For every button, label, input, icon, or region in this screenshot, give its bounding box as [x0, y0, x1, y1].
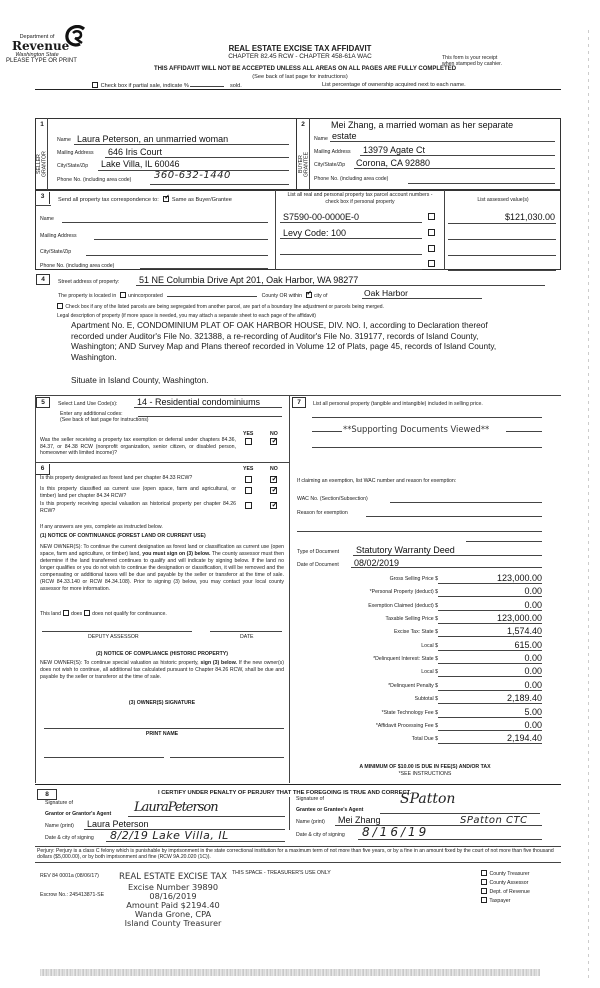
parcel-account[interactable]: S7590-00-0000E-0 — [283, 212, 359, 222]
yes-header-6: YES — [243, 466, 253, 473]
grantor-name[interactable]: Laura Peterson — [87, 819, 149, 829]
assessed-value[interactable]: $121,030.00 — [450, 212, 555, 222]
copy-label: Dept. of Revenue — [489, 889, 529, 895]
divider — [438, 690, 542, 691]
buyer-name-label: Name — [314, 136, 328, 143]
question-no-checkbox[interactable] — [270, 502, 277, 509]
deputy-assessor-signature-line — [42, 631, 192, 632]
no-header-6: NO — [270, 466, 278, 473]
divider — [438, 596, 542, 597]
divider — [35, 205, 51, 206]
divider — [312, 431, 342, 432]
divider — [438, 623, 542, 624]
section-1-number: 1 — [37, 120, 47, 131]
page-edge — [588, 30, 589, 980]
section-6-question: Is this property classified as current u… — [40, 486, 236, 499]
copy-item: Taxpayer — [481, 897, 530, 905]
notice-compliance-title: (2) NOTICE OF COMPLIANCE (HISTORIC PROPE… — [40, 651, 284, 658]
divider — [35, 862, 561, 863]
unincorporated-checkbox[interactable] — [120, 292, 126, 298]
divider — [438, 610, 542, 611]
correspondence-phone-label: Phone No. (including area code) — [40, 263, 114, 270]
amount-value[interactable]: 2,189.40 — [442, 693, 542, 703]
notice-text-b: The county assessor must then determine … — [40, 551, 284, 592]
copy-item: County Treasurer — [481, 870, 530, 878]
section-8-number: 8 — [37, 789, 57, 800]
divider — [44, 757, 164, 758]
copy-item: Dept. of Revenue — [481, 888, 530, 896]
divider — [408, 183, 555, 184]
amount-value[interactable]: 2,194.40 — [442, 733, 542, 743]
if-yes-note: If any answers are yes, complete as inst… — [40, 524, 163, 531]
land-use-label: Select Land Use Code(s): — [58, 401, 117, 408]
section-6-question: Is this property designated as forest la… — [40, 475, 236, 482]
notice2-bold: sign (3) below. — [200, 660, 237, 666]
grantee-sig-label-1: Signature of — [296, 796, 324, 803]
divider — [438, 676, 542, 677]
divider — [134, 407, 282, 408]
escrow-label: Escrow No.: — [40, 892, 68, 898]
yes-header: YES — [243, 431, 253, 438]
form-title: REAL ESTATE EXCISE TAX AFFIDAVIT — [180, 44, 420, 53]
divider — [94, 239, 268, 240]
divider — [74, 144, 289, 145]
copy-checkbox[interactable] — [481, 897, 487, 903]
divider — [351, 567, 542, 568]
additional-codes-note: (See back of last page for instructions) — [60, 417, 149, 424]
exemption-claim-label: If claiming an exemption, list WAC numbe… — [297, 478, 456, 485]
amount-value[interactable]: 0.00 — [442, 666, 542, 676]
divider — [170, 757, 284, 758]
divider — [438, 730, 542, 731]
copy-distribution: County Treasurer County Assessor Dept. o… — [481, 870, 530, 906]
divider — [275, 190, 276, 270]
personal-property-checkbox[interactable] — [428, 260, 435, 267]
section-3-number: 3 — [36, 192, 50, 204]
divider — [297, 531, 542, 532]
treasurer-stamp: REAL ESTATE EXCISE TAX Excise Number 398… — [108, 873, 238, 929]
does-label: does — [71, 611, 82, 617]
segregated-row: Check box if any of the listed parcels a… — [57, 303, 384, 310]
notice-bold: you must sign on (3) below. — [142, 551, 210, 557]
amount-value[interactable]: 1,574.40 — [442, 626, 542, 636]
revenue-wordmark: Revenue — [12, 41, 62, 52]
divider — [438, 583, 542, 584]
amount-label: *Delinquent Penalty $ — [300, 683, 438, 690]
personal-property-checkbox[interactable] — [428, 213, 435, 220]
amount-label: Local $ — [300, 669, 438, 676]
amount-value[interactable]: 0.00 — [442, 586, 542, 596]
grantor-date-label: Date & city of signing — [45, 835, 94, 842]
county-or-within: County OR within — [262, 293, 302, 299]
wac-label: WAC No. (Section/Subsection) — [297, 496, 368, 503]
divider — [390, 502, 542, 503]
grantor-sig-label-1: Signature of — [45, 800, 73, 807]
divider — [366, 516, 542, 517]
city-of-label: city of — [314, 293, 328, 299]
notice2-text-a: NEW OWNER(S): To continue special valuat… — [40, 660, 199, 666]
this-land-label: This land — [40, 611, 61, 617]
divider — [466, 541, 542, 542]
partial-sale-pct[interactable] — [190, 86, 224, 87]
divider — [138, 416, 282, 417]
land-use-code[interactable]: 14 - Residential condominiums — [137, 397, 260, 407]
divider — [354, 168, 555, 169]
divider — [448, 239, 556, 240]
personal-property-checkbox[interactable] — [428, 245, 435, 252]
divider — [380, 813, 540, 814]
divider — [438, 703, 542, 704]
divider — [150, 184, 289, 185]
amount-label: Exemption Claimed (deduct) $ — [300, 603, 438, 610]
amount-label: *Personal Property (deduct) $ — [300, 589, 438, 596]
divider — [280, 254, 422, 255]
amount-label: *Delinquent Interest: State $ — [300, 656, 438, 663]
buyer-city-label: City/State/Zip — [314, 162, 345, 169]
same-as-buyer-checkbox[interactable] — [163, 196, 169, 202]
segregated-label: Check box if any of the listed parcels a… — [65, 304, 384, 310]
amount-value[interactable]: 123,000.00 — [442, 613, 542, 623]
divider — [106, 841, 285, 842]
see-instructions: *SEE INSTRUCTIONS — [290, 771, 560, 778]
send-correspondence-label: Send all property tax correspondence to: — [58, 197, 159, 203]
scan-artifact — [40, 969, 540, 976]
parcel-header: List all real and personal property tax … — [283, 192, 437, 205]
copy-item: County Assessor — [481, 879, 530, 887]
copy-label: County Assessor — [489, 880, 528, 886]
treasurer-use-label: THIS SPACE - TREASURER'S USE ONLY — [232, 870, 331, 877]
seller-city-label: City/State/Zip — [57, 163, 88, 170]
divider — [105, 157, 289, 158]
question-yes-checkbox[interactable] — [245, 476, 252, 483]
buyer-phone-label: Phone No. (including area code) — [314, 176, 388, 183]
assessed-header: List assessed value(s) — [450, 197, 556, 204]
doc-type[interactable]: Statutory Warranty Deed — [356, 545, 455, 555]
stamp-line: Island County Treasurer — [108, 919, 238, 928]
buyer-grantee-label: BUYER GRANTEE — [299, 146, 308, 182]
amount-value[interactable]: 615.00 — [442, 640, 542, 650]
seller-name-label: Name — [57, 137, 71, 144]
does-not-label: does not qualify for continuance. — [92, 611, 167, 617]
divider — [62, 222, 268, 223]
section-2-number: 2 — [297, 120, 309, 131]
amount-label: Subtotal $ — [300, 696, 438, 703]
divider — [438, 650, 542, 651]
exemption-question: Was the seller receiving a property tax … — [40, 437, 236, 457]
personal-property-label: List all personal property (tangible and… — [313, 401, 483, 408]
divider — [312, 417, 542, 418]
grantor-signature[interactable]: LauraPeterson — [134, 800, 218, 815]
divider — [280, 238, 422, 239]
ownership-note: List percentage of ownership acquired ne… — [322, 82, 466, 89]
divider — [35, 89, 561, 90]
owner-signature-title: (3) OWNER(S) SIGNATURE — [40, 700, 284, 707]
correspondence-address-label: Mailing Address — [40, 233, 77, 240]
deputy-assessor-label: DEPUTY ASSESSOR — [88, 634, 139, 641]
unincorporated-label: unincorporated — [128, 293, 163, 299]
does-not-qualify-checkbox[interactable] — [84, 610, 90, 616]
section-6-question: Is this property receiving special valua… — [40, 501, 236, 514]
correspondence-city-label: City/State/Zip — [40, 249, 71, 256]
city-checkbox[interactable] — [306, 292, 312, 298]
notice-compliance-text: NEW OWNER(S): To continue special valuat… — [40, 660, 284, 681]
divider — [353, 555, 542, 556]
seller-phone-label: Phone No. (including area code) — [57, 177, 131, 184]
divider — [506, 431, 542, 432]
exemption-yes-checkbox[interactable] — [245, 438, 252, 445]
divider — [360, 155, 555, 156]
divider — [448, 270, 556, 271]
section-6-number: 6 — [36, 464, 50, 475]
seller-phone[interactable]: 360-632-1440 — [154, 170, 231, 181]
see-back-note: (See back of last page for instructions) — [150, 74, 450, 81]
divider — [448, 223, 556, 224]
amount-value[interactable]: 0.00 — [442, 600, 542, 610]
grantor-name-label: Name (print) — [45, 823, 74, 830]
send-correspondence: Send all property tax correspondence to:… — [58, 196, 232, 204]
seller-city[interactable]: Lake Villa, IL 60046 — [101, 159, 180, 169]
legal-description-label: Legal description of property (if more s… — [57, 313, 316, 319]
divider — [438, 743, 542, 744]
street-address[interactable]: 51 NE Columbia Drive Apt 201, Oak Harbor… — [139, 275, 358, 285]
divider — [140, 268, 268, 269]
seller-grantor-label: SELLER GRANTOR — [37, 146, 46, 182]
divider — [444, 190, 445, 270]
date-label: DATE — [240, 634, 253, 641]
question-no-checkbox[interactable] — [270, 476, 277, 483]
divider — [438, 636, 542, 637]
escrow-row: Escrow No.: 245413871-SE — [40, 892, 104, 899]
divider — [136, 285, 545, 286]
divider — [35, 846, 561, 847]
amount-label: Excise Tax: State $ — [300, 629, 438, 636]
dor-logo: Department of Revenue Washington State — [12, 34, 62, 59]
divider — [128, 816, 285, 817]
buyer-name-line1[interactable]: Mei Zhang, a married woman as her separa… — [331, 120, 513, 130]
divider — [438, 663, 542, 664]
warning-banner: THIS AFFIDAVIT WILL NOT BE ACCEPTED UNLE… — [60, 66, 550, 72]
divider — [362, 298, 482, 299]
divider — [35, 784, 561, 785]
form-revision: REV 84 0001a (08/06/17) — [40, 873, 99, 880]
parcel-account[interactable]: Levy Code: 100 — [283, 228, 346, 238]
personal-property-checkbox[interactable] — [428, 229, 435, 236]
amount-label: Taxable Selling Price $ — [300, 616, 438, 623]
question-yes-checkbox[interactable] — [245, 487, 252, 494]
segregated-checkbox[interactable] — [57, 303, 63, 309]
partial-sale-checkbox[interactable] — [92, 82, 98, 88]
amount-label: Local $ — [300, 643, 438, 650]
notice-continuance-text: NEW OWNER(S): To continue the current de… — [40, 544, 284, 593]
buyer-name-line2[interactable]: estate — [332, 131, 357, 141]
same-as-buyer-label: Same as Buyer/Grantee — [172, 197, 232, 203]
located-row: The property is located in unincorporate… — [58, 292, 328, 300]
escrow-number: 245413871-SE — [69, 892, 104, 898]
question-no-checkbox[interactable] — [270, 487, 277, 494]
copy-checkbox[interactable] — [481, 879, 487, 885]
seller-address-label: Mailing Address — [57, 150, 94, 157]
street-address-label: Street address of property: — [58, 279, 119, 286]
amount-value[interactable]: 0.00 — [442, 720, 542, 730]
amount-label: Total Due $ — [300, 736, 438, 743]
grantee-name[interactable]: Mei Zhang — [338, 815, 381, 825]
divider — [86, 255, 268, 256]
buyer-address[interactable]: 13979 Agate Ct — [363, 145, 425, 155]
grantee-date-city[interactable]: 8/16/19 — [362, 825, 429, 839]
divider — [358, 839, 542, 840]
amount-value[interactable]: 0.00 — [442, 680, 542, 690]
grantee-sig-label-2: Grantee or Grantee's Agent — [296, 807, 363, 814]
question-yes-checkbox[interactable] — [245, 502, 252, 509]
divider — [330, 141, 555, 142]
does-qualify-checkbox[interactable] — [63, 610, 69, 616]
section-4-number: 4 — [36, 274, 50, 285]
copy-checkbox[interactable] — [481, 870, 487, 876]
section-5-number: 5 — [36, 397, 50, 408]
copy-label: Taxpayer — [489, 898, 510, 904]
divider — [35, 395, 36, 783]
grantee-name-label: Name (print) — [296, 819, 325, 826]
minimum-note: A MINIMUM OF $10.00 IS DUE IN FEE(S) AND… — [290, 764, 560, 771]
correspondence-name-label: Name — [40, 216, 54, 223]
amount-value[interactable]: 5.00 — [442, 707, 542, 717]
amount-value[interactable]: 0.00 — [442, 653, 542, 663]
date-signature-line — [210, 631, 282, 632]
continuance-row: This land does does not qualify for cont… — [40, 610, 167, 618]
personal-property-value[interactable]: **Supporting Documents Viewed** — [343, 424, 489, 434]
divider — [280, 269, 422, 270]
located-label: The property is located in — [58, 293, 116, 299]
reason-label: Reason for exemption — [297, 510, 348, 517]
seller-address[interactable]: 646 Iris Court — [108, 147, 162, 157]
doc-date-label: Date of Document — [297, 562, 339, 569]
doc-type-label: Type of Document — [297, 549, 339, 556]
divider — [280, 222, 422, 223]
seller-name[interactable]: Laura Peterson, an unmarried woman — [77, 134, 228, 144]
buyer-address-label: Mailing Address — [314, 149, 351, 156]
form-subtitle: CHAPTER 82.45 RCW - CHAPTER 458-61A WAC — [180, 53, 420, 60]
county-field[interactable] — [167, 296, 257, 297]
section-7-number: 7 — [292, 397, 306, 408]
divider — [312, 447, 542, 448]
grantee-signature[interactable]: SPatton — [400, 791, 455, 807]
divider — [35, 462, 289, 463]
divider — [438, 717, 542, 718]
divider — [448, 255, 556, 256]
exemption-no-checkbox[interactable] — [270, 438, 277, 445]
owner-signature-line — [44, 728, 284, 729]
notice-continuance-title: (1) NOTICE OF CONTINUANCE (FOREST LAND O… — [40, 533, 206, 540]
certify-statement: I CERTIFY UNDER PENALTY OF PERJURY THAT … — [158, 790, 411, 797]
dor-logo-icon — [64, 25, 88, 47]
situate-text[interactable]: Situate in Island County, Washington. — [71, 375, 208, 385]
copy-checkbox[interactable] — [481, 888, 487, 894]
amount-label: *State Technology Fee $ — [300, 710, 438, 717]
grantee-date-label: Date & city of signing — [296, 832, 345, 839]
legal-description[interactable]: Apartment No. E, CONDOMINIUM PLAT OF OAK… — [71, 320, 519, 362]
divider — [289, 797, 290, 830]
perjury-note: Perjury: Perjury is a class C felony whi… — [37, 848, 567, 861]
grantor-sig-label-2: Grantor or Grantor's Agent — [45, 811, 111, 818]
amount-label: *Affidavit Processing Fee $ — [300, 723, 438, 730]
print-name-label: PRINT NAME — [40, 731, 284, 738]
buyer-city[interactable]: Corona, CA 92880 — [356, 158, 430, 168]
divider — [289, 395, 290, 783]
amount-label: Gross Selling Price $ — [300, 576, 438, 583]
divider — [35, 395, 561, 396]
copy-label: County Treasurer — [489, 871, 529, 877]
please-type-or-print: PLEASE TYPE OR PRINT — [6, 58, 77, 66]
amount-value[interactable]: 123,000.00 — [442, 573, 542, 583]
